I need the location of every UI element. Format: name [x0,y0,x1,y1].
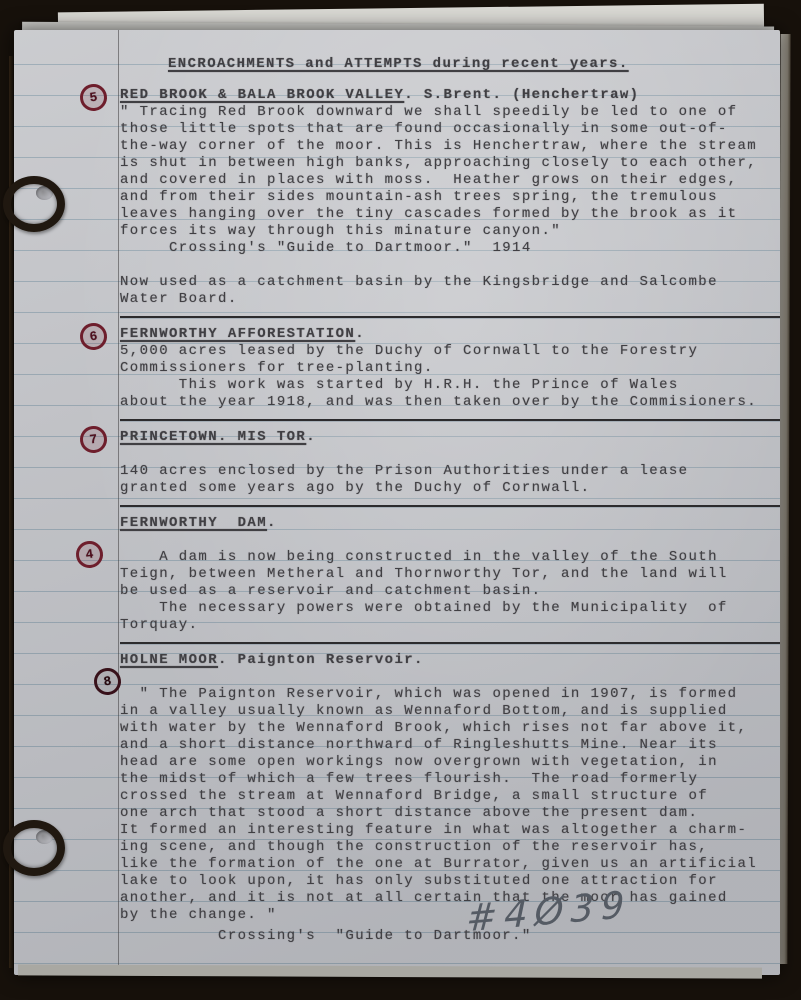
section-red-brook: 5 RED BROOK & BALA BROOK VALLEY. S.Brent… [120,87,780,308]
section-divider [120,316,780,318]
section-heading: FERNWORTHY AFFORESTATION. [120,326,780,343]
section-princetown: 7 PRINCETOWN. MIS TOR. 140 acres enclose… [120,429,780,497]
margin-number-badge: 7 [78,424,108,454]
section-body: 5,000 acres leased by the Duchy of Cornw… [120,343,780,411]
heading-underlined: PRINCETOWN. MIS TOR [120,429,306,445]
margin-rule-line [118,30,119,975]
section-fernworthy-afforestation: 6 FERNWORTHY AFFORESTATION. 5,000 acres … [120,326,780,411]
section-body: A dam is now being constructed in the va… [120,532,780,634]
section-heading: PRINCETOWN. MIS TOR. [120,429,780,446]
heading-rest: . Paignton Reservoir. [218,652,424,668]
heading-rest: . S.Brent. (Henchertraw) [404,87,639,103]
section-body: 140 acres enclosed by the Prison Authori… [120,446,780,497]
margin-number-badge: 5 [78,82,108,112]
photographed-binder-page: { "colors": { "background": "#17110b", "… [0,0,801,1000]
binder-ring-icon [3,820,65,876]
margin-number-badge: 6 [78,321,108,351]
page-content: ENCROACHMENTS and ATTEMPTS during recent… [120,56,780,945]
section-divider [120,642,780,644]
heading-rest: . [355,326,365,342]
heading-underlined: FERNWORTHY AFFORESTATION [120,326,355,342]
section-body: " Tracing Red Brook downward we shall sp… [120,104,780,308]
section-holne-moor: 8 HOLNE MOOR. Paignton Reservoir. " The … [120,652,780,924]
heading-underlined: HOLNE MOOR [120,652,218,668]
heading-rest: . [306,429,316,445]
page-title: ENCROACHMENTS and ATTEMPTS during recent… [168,56,780,73]
footer-citation: Crossing's "Guide to Dartmoor." [120,928,780,945]
section-divider [120,505,780,507]
section-divider [120,419,780,421]
heading-underlined: FERNWORTHY DAM [120,515,267,531]
section-body: " The Paignton Reservoir, which was open… [120,669,780,924]
section-heading: FERNWORTHY DAM. [120,515,780,532]
section-fernworthy-dam: 4 FERNWORTHY DAM. A dam is now being con… [120,515,780,634]
typewritten-page: ENCROACHMENTS and ATTEMPTS during recent… [14,30,780,975]
margin-number-badge: 4 [74,539,104,569]
heading-rest: . [267,515,277,531]
binder-ring-icon [3,176,65,232]
page-bottom-edge [18,964,762,978]
section-heading: RED BROOK & BALA BROOK VALLEY. S.Brent. … [120,87,780,104]
heading-underlined: RED BROOK & BALA BROOK VALLEY [120,87,404,103]
section-heading: HOLNE MOOR. Paignton Reservoir. [120,652,780,669]
